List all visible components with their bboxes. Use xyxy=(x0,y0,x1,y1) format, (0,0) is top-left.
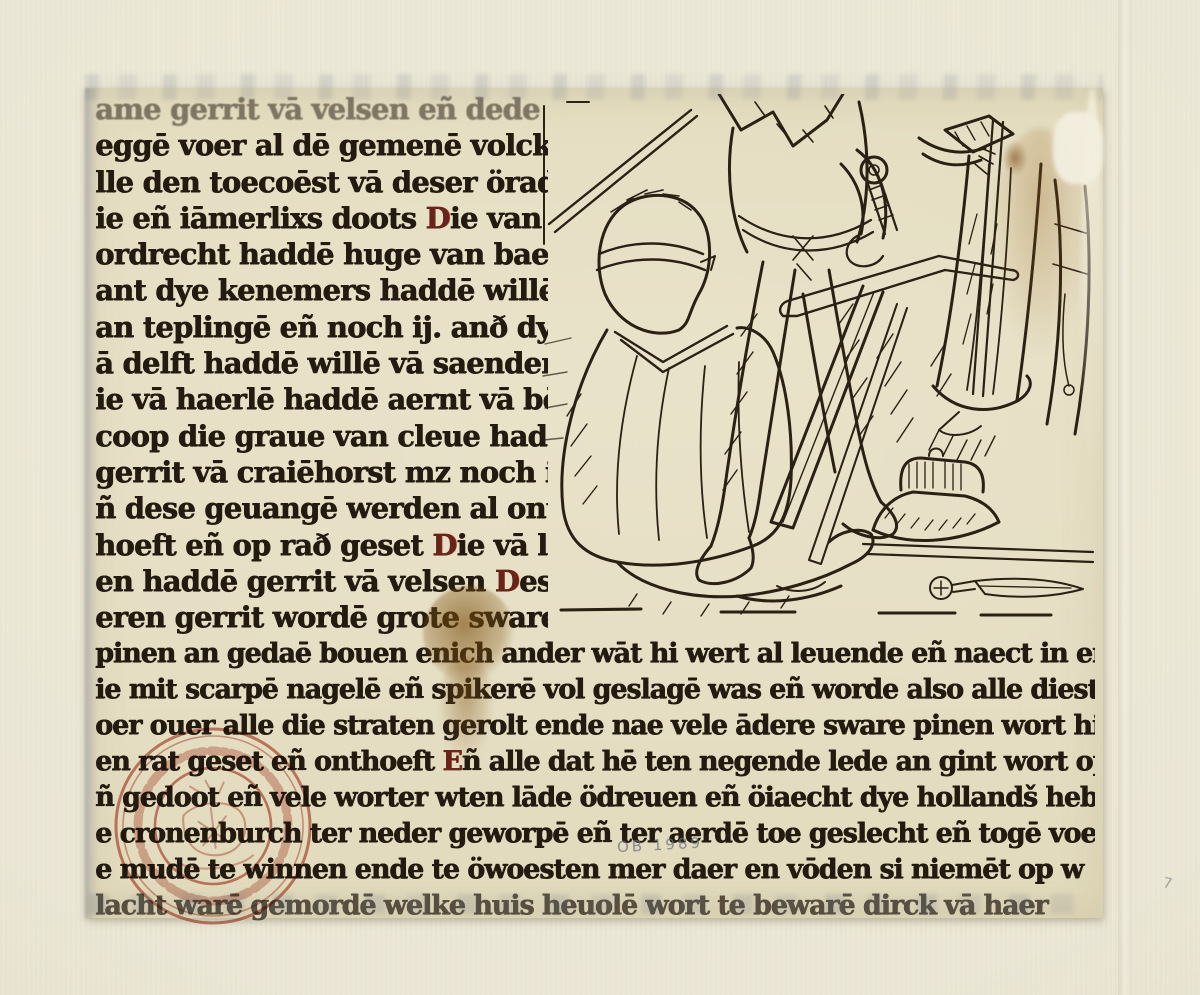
staff xyxy=(863,544,1093,562)
mount-crease xyxy=(1118,0,1132,995)
text-line: ie mit scarpē nagelē eñ spikerē vol gesl… xyxy=(95,672,1095,708)
text-line: ie vā haerlē haddē aernt vā bē xyxy=(95,381,548,417)
text-column: ame gerrit vā velsen eñ dede he eggē voe… xyxy=(95,91,548,635)
stain xyxy=(1002,140,1028,176)
showthrough-band-top xyxy=(85,74,1103,100)
victim-figure xyxy=(562,190,873,616)
text-line: ñ dese geuangē werden al ont· xyxy=(95,490,548,526)
hat xyxy=(873,449,999,541)
text-line: lle den toecoēst vā deser örade· xyxy=(95,164,548,200)
text-line: pinen an gedaē bouen enich ander wāt hi … xyxy=(95,636,1095,672)
scanned-document-page: { "colors": { "ink": "#241b10", "rubric_… xyxy=(0,0,1200,995)
text-line: coop die graue van cleue hadde xyxy=(95,418,548,454)
rubricated-initial: D xyxy=(432,528,456,562)
rubricated-initial: D xyxy=(425,201,449,235)
rubricated-initial: D xyxy=(495,564,519,598)
text-line: hoeft eñ op rað geset Die vā ley xyxy=(95,527,548,563)
paper-damage xyxy=(1081,88,1103,508)
text-line: an teplingē eñ noch ij. anð dye xyxy=(95,309,548,345)
dagger xyxy=(930,577,1083,599)
text-line: ie eñ iāmerlixs doots Die van xyxy=(95,200,548,236)
ground-dashes xyxy=(561,609,1051,615)
text-line: gerrit vā craiēhorst mz noch iiij. xyxy=(95,454,548,490)
ink-stain xyxy=(437,656,495,764)
text-line: ā delft haddē willē vā saenden xyxy=(95,345,548,381)
text-line: ant dye kenemers haddē willē xyxy=(95,272,548,308)
text-line: ordrecht haddē huge van baer· xyxy=(95,236,548,272)
text-line: eggē voer al dē gemenē volcke xyxy=(95,127,548,163)
showthrough-band-bottom xyxy=(89,894,1079,914)
printed-fragment: ame gerrit vā velsen eñ dede he eggē voe… xyxy=(85,88,1103,918)
